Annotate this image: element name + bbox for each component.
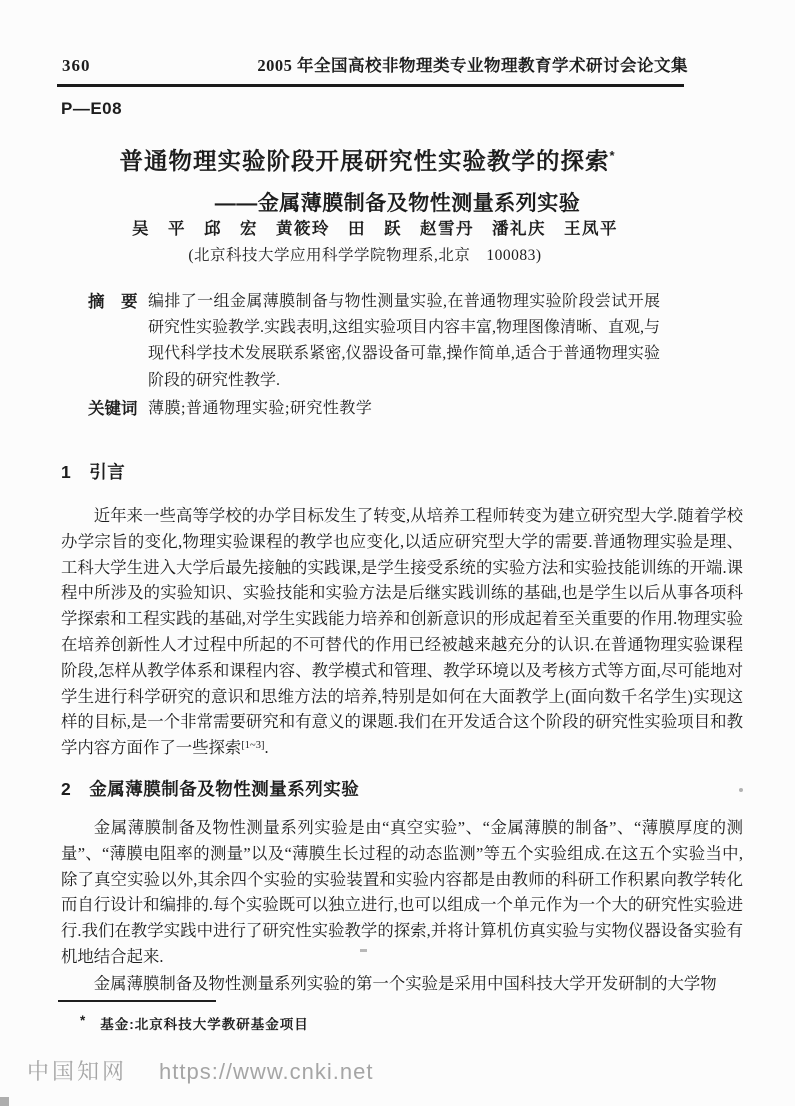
scan-artifact-dot xyxy=(739,788,743,792)
running-head: 360 2005 年全国高校非物理类专业物理教育学术研讨会论文集 xyxy=(62,52,688,76)
authors-line: 吴 平 邱 宏 黄筱玲 田 跃 赵雪丹 潘礼庆 王凤平 xyxy=(0,215,750,239)
paper-title: 普通物理实验阶段开展研究性实验教学的探索* xyxy=(30,142,705,176)
section-1-heading: 1 引言 xyxy=(61,459,125,484)
section-2-heading: 2 金属薄膜制备及物性测量系列实验 xyxy=(61,776,359,801)
scanned-paper-page: 360 2005 年全国高校非物理类专业物理教育学术研讨会论文集 P—E08 普… xyxy=(0,0,795,1106)
header-rule xyxy=(57,84,684,87)
abstract-block: 摘 要 编排了一组金属薄膜制备与物性测量实验,在普通物理实验阶段尝试开展研究性实… xyxy=(88,289,666,422)
abstract-row: 摘 要 编排了一组金属薄膜制备与物性测量实验,在普通物理实验阶段尝试开展研究性实… xyxy=(88,289,666,394)
reference-marker: [1~3] xyxy=(241,740,264,751)
keywords-text: 薄膜;普通物理实验;研究性教学 xyxy=(148,396,372,422)
proceedings-title: 2005 年全国高校非物理类专业物理教育学术研讨会论文集 xyxy=(257,52,688,76)
paper-subtitle: ——金属薄膜制备及物性测量系列实验 xyxy=(0,187,795,217)
scan-artifact-corner xyxy=(0,1097,9,1106)
section-2-paragraph-2: 金属薄膜制备及物性测量系列实验的第一个实验是采用中国科技大学开发研制的大学物 xyxy=(61,971,743,997)
watermark-url: https://www.cnki.net xyxy=(159,1059,373,1085)
footnote: * 基金:北京科技大学教研基金项目 xyxy=(80,1013,309,1033)
section-1-paragraph-end: . xyxy=(264,738,268,757)
affiliation-line: (北京科技大学应用科学学院物理系,北京 100083) xyxy=(0,243,730,265)
watermark-site-name: 中国知网 xyxy=(27,1055,127,1086)
footnote-rule xyxy=(58,1000,216,1002)
footnote-marker: * xyxy=(80,1013,86,1033)
section-1-paragraph: 近年来一些高等学校的办学目标发生了转变,从培养工程师转变为建立研究型大学.随着学… xyxy=(61,503,743,761)
page-number: 360 xyxy=(62,56,91,76)
title-footnote-marker: * xyxy=(609,148,615,163)
abstract-text: 编排了一组金属薄膜制备与物性测量实验,在普通物理实验阶段尝试开展研究性实验教学.… xyxy=(148,289,660,394)
cnki-watermark: 中国知网 https://www.cnki.net xyxy=(27,1055,373,1086)
scan-artifact-dash xyxy=(360,949,367,952)
keywords-row: 关键词 薄膜;普通物理实验;研究性教学 xyxy=(88,396,666,422)
section-1-paragraph-text: 近年来一些高等学校的办学目标发生了转变,从培养工程师转变为建立研究型大学.随着学… xyxy=(61,506,743,757)
keywords-label: 关键词 xyxy=(88,396,148,422)
paper-title-text: 普通物理实验阶段开展研究性实验教学的探索 xyxy=(119,148,609,174)
abstract-label: 摘 要 xyxy=(88,289,148,394)
section-2-paragraph-1: 金属薄膜制备及物性测量系列实验是由“真空实验”、“金属薄膜的制备”、“薄膜厚度的… xyxy=(61,815,743,970)
paper-code: P—E08 xyxy=(61,99,122,119)
footnote-text: 基金:北京科技大学教研基金项目 xyxy=(100,1013,309,1033)
